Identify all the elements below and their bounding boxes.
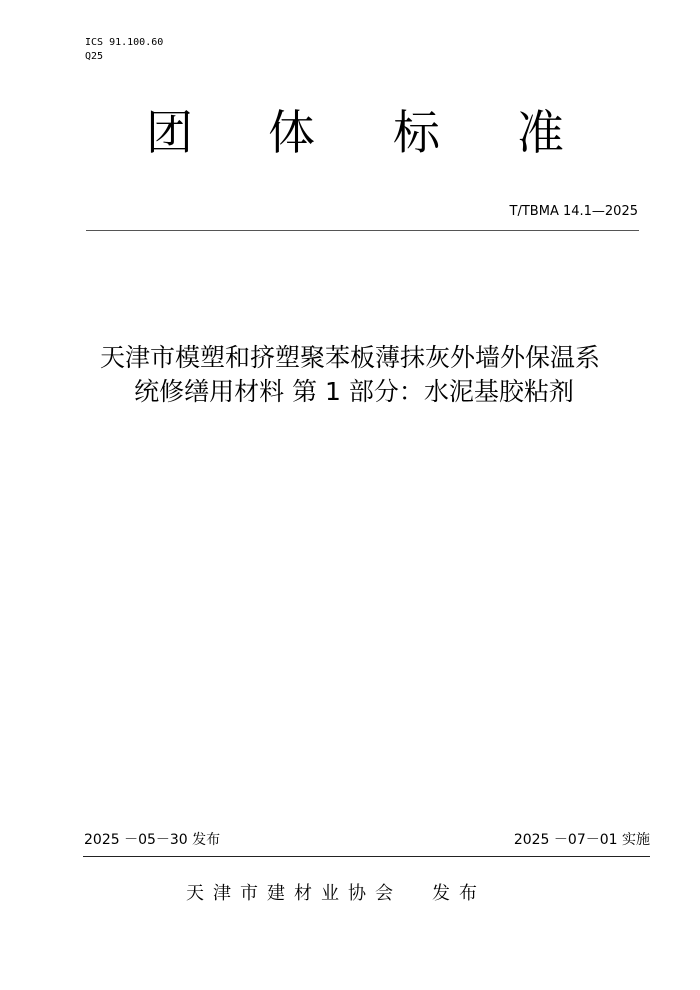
standard-type-char: 标: [393, 104, 440, 164]
publisher-action: 发布: [432, 883, 486, 904]
document-title: 天津市模塑和挤塑聚苯板薄抹灰外墙外保温系 统修缮用材料 第 1 部分：水泥基胶粘…: [0, 341, 700, 409]
publisher-name: 天津市建材业协会: [186, 883, 402, 904]
title-line-1: 天津市模塑和挤塑聚苯板薄抹灰外墙外保温系: [0, 341, 700, 375]
title-line-2: 统修缮用材料 第 1 部分：水泥基胶粘剂: [0, 375, 700, 409]
publish-date: 2025 －05－30 发布: [84, 831, 220, 849]
classification-codes: ICS 91.100.60 Q25: [85, 36, 163, 64]
ccs-code: Q25: [85, 50, 163, 64]
ics-code: ICS 91.100.60: [85, 36, 163, 50]
standard-number: T/TBMA 14.1—2025: [510, 204, 638, 220]
implementation-date: 2025 －07－01 实施: [514, 831, 650, 849]
footer-divider: [83, 856, 650, 857]
standard-type-char: 团: [146, 104, 193, 164]
standard-type-char: 体: [268, 104, 315, 164]
standard-type-heading: 团 体 标 准: [0, 104, 700, 164]
publisher-line: 天津市建材业协会发布: [186, 882, 486, 906]
standard-type-char: 准: [517, 104, 564, 164]
header-divider: [86, 230, 639, 231]
